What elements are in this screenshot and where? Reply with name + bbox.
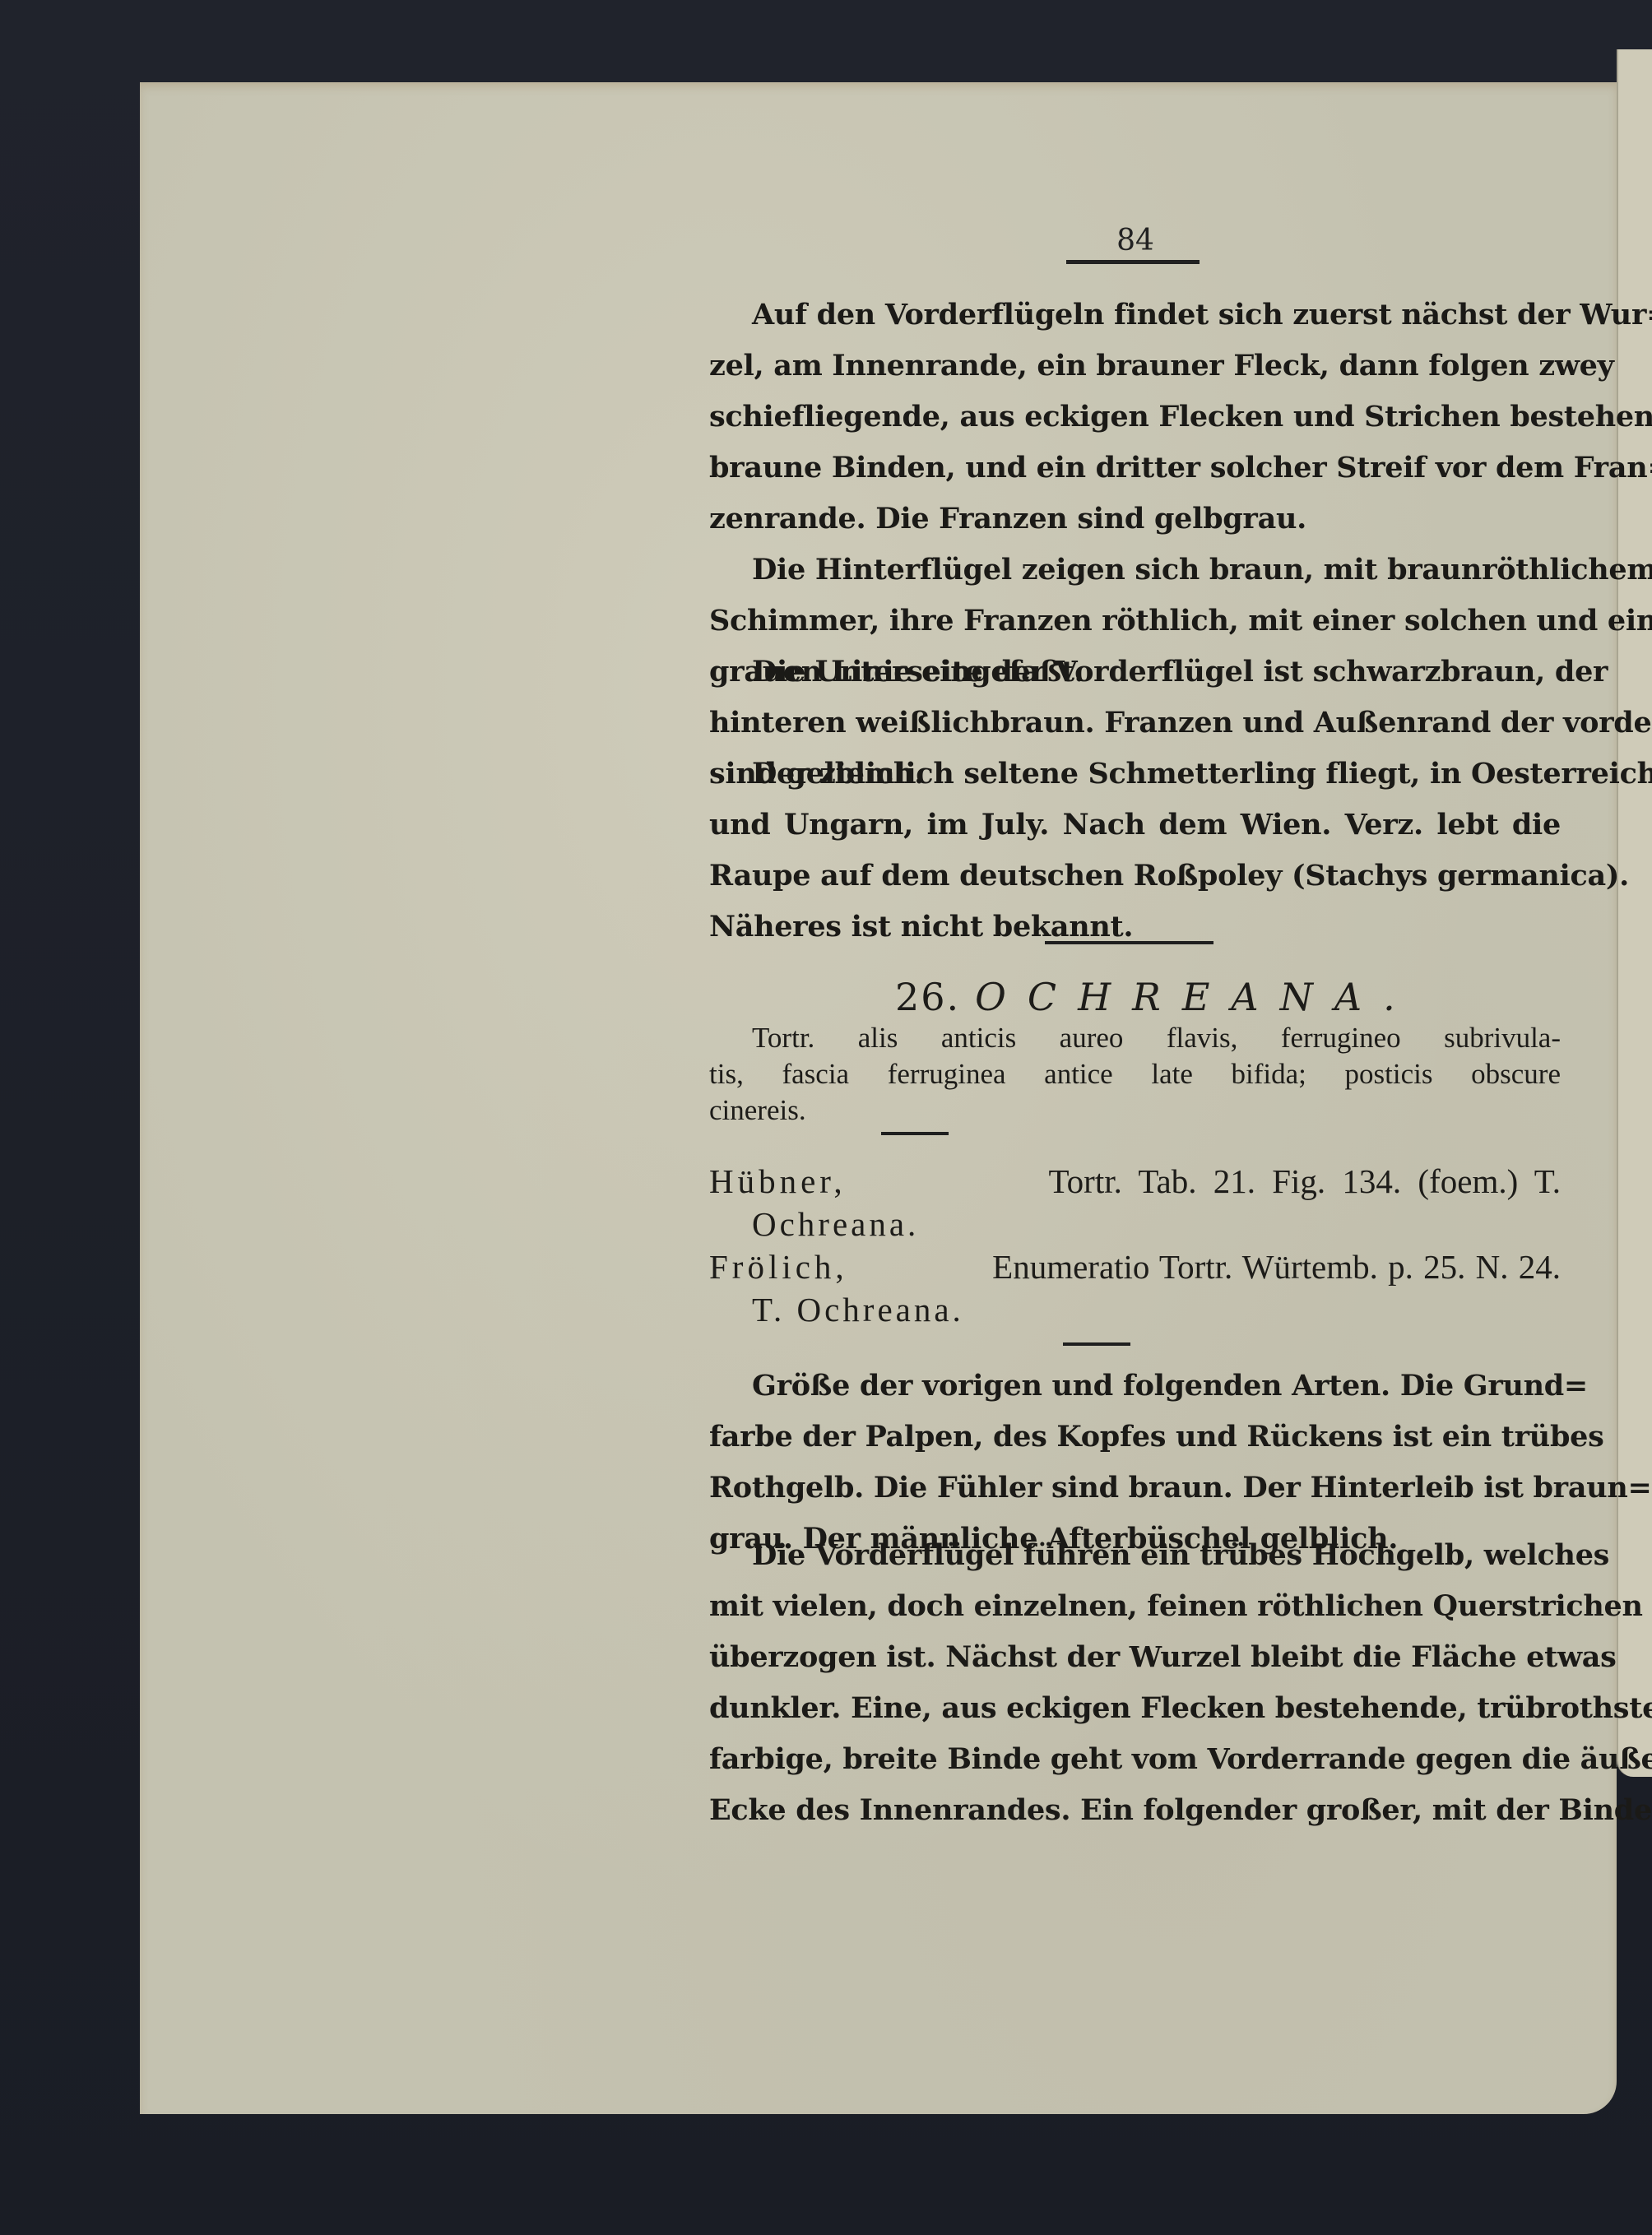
text-line: dunkler. Eine, aus eckigen Flecken beste… [709,1683,1561,1734]
section-divider-short [1063,1342,1130,1346]
text-line: Die Hinterflügel zeigen sich braun, mit … [709,545,1561,596]
text-line: Näheres ist nicht bekannt. [709,902,1561,953]
text-line: farbe der Palpen, des Kopfes und Rückens… [709,1412,1561,1463]
text-line: und Ungarn, im July. Nach dem Wien. Verz… [709,800,1561,851]
text-line: Der ziemlich seltene Schmetterling flieg… [709,749,1561,800]
text-line: braune Binden, und ein dritter solcher S… [709,443,1561,494]
text-line: Die Vorderflügel führen ein trübes Hochg… [709,1530,1561,1581]
text-line: Raupe auf dem deutschen Roßpoley (Stachy… [709,851,1561,902]
species-name: OCHREANA. [975,975,1417,1019]
paragraph-forewings-upper: Auf den Vorderflügeln findet sich zuerst… [709,290,1561,545]
text-line: Größe der vorigen und folgenden Arten. D… [709,1361,1561,1412]
latin-diagnosis: Tortr. alis anticis aureo flavis, ferrug… [709,1020,1561,1129]
text-line: farbige, breite Binde geht vom Vorderran… [709,1734,1561,1785]
text-line: Auf den Vorderflügeln findet sich zuerst… [709,290,1561,341]
species-heading: 26.OCHREANA. [895,975,1417,1019]
reference-continuation: T. Ochreana. [709,1288,1561,1331]
page-number: 84 [1065,224,1205,257]
text-line: Schimmer, ihre Franzen röthlich, mit ein… [709,596,1561,647]
reference-citation: Tortr. Tab. 21. Fig. 134. (foem.) T. [1048,1160,1561,1203]
reference-entry: Frölich, Enumeratio Tortr. Würtemb. p. 2… [709,1245,1561,1288]
text-line: mit vielen, doch einzelnen, feinen röthl… [709,1581,1561,1632]
text-line: zel, am Innenrande, ein brauner Fleck, d… [709,341,1561,392]
reference-author: Frölich, [709,1245,848,1288]
paragraph-distribution: Der ziemlich seltene Schmetterling flieg… [709,749,1561,953]
text-line: hinteren weißlichbraun. Franzen und Auße… [709,698,1561,749]
reference-entry: Hübner, Tortr. Tab. 21. Fig. 134. (foem.… [709,1160,1561,1203]
text-line: zenrande. Die Franzen sind gelbgrau. [709,494,1561,545]
text-line: Ecke des Innenrandes. Ein folgender groß… [709,1785,1561,1836]
species-number: 26. [895,975,960,1019]
section-divider [1045,941,1213,944]
paragraph-forewings-description: Die Vorderflügel führen ein trübes Hochg… [709,1530,1561,1836]
text-line: cinereis. [709,1092,1561,1129]
header-rule [1066,260,1200,264]
reference-citation: Enumeratio Tortr. Würtemb. p. 25. N. 24. [992,1245,1561,1288]
text-line: überzogen ist. Nächst der Wurzel bleibt … [709,1632,1561,1683]
text-line: schiefliegende, aus eckigen Flecken und … [709,392,1561,443]
reference-author: Hübner, [709,1160,847,1203]
text-line: Die Unterseite der Vorderflügel ist schw… [709,647,1561,698]
text-line: tis, fascia ferruginea antice late bifid… [709,1056,1561,1092]
text-line: Tortr. alis anticis aureo flavis, ferrug… [709,1020,1561,1056]
section-divider-short [881,1132,949,1135]
references: Hübner, Tortr. Tab. 21. Fig. 134. (foem.… [709,1160,1561,1331]
reference-continuation: Ochreana. [709,1203,1561,1245]
text-line: Rothgelb. Die Fühler sind braun. Der Hin… [709,1463,1561,1514]
